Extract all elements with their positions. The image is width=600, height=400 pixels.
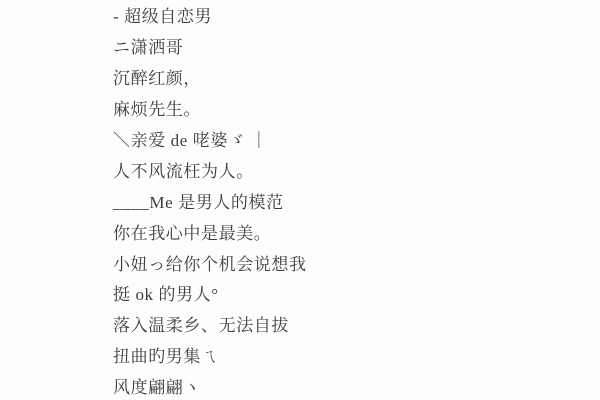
nickname-line: ____Me 是男人的模范	[113, 188, 600, 219]
nickname-line: 麻烦先生。	[113, 95, 600, 126]
nickname-line: 扭曲旳男集ㄟ	[113, 342, 600, 373]
nickname-line: 挺 ok 的男人°	[113, 280, 600, 311]
nickname-line: ニ潇洒哥	[113, 33, 600, 64]
document-page: - 超级自恋男ニ潇洒哥沉醉红颜，麻烦先生。＼亲爱 de 咾婆ゞ ｜人不风流枉为人…	[0, 0, 600, 400]
nickname-line: 沉醉红颜，	[113, 64, 600, 95]
nickname-line: ＼亲爱 de 咾婆ゞ ｜	[113, 126, 600, 157]
nickname-line: 落入温柔乡、无法自拔	[113, 311, 600, 342]
nickname-line: 小妞っ给你个机会说想我	[113, 250, 600, 281]
nickname-line: 人不风流枉为人。	[113, 157, 600, 188]
nickname-line: 你在我心中是最美。	[113, 219, 600, 250]
nickname-line: - 超级自恋男	[113, 2, 600, 33]
nickname-line: 风度翩翩ヽ	[113, 373, 600, 400]
nickname-list: - 超级自恋男ニ潇洒哥沉醉红颜，麻烦先生。＼亲爱 de 咾婆ゞ ｜人不风流枉为人…	[113, 2, 600, 400]
